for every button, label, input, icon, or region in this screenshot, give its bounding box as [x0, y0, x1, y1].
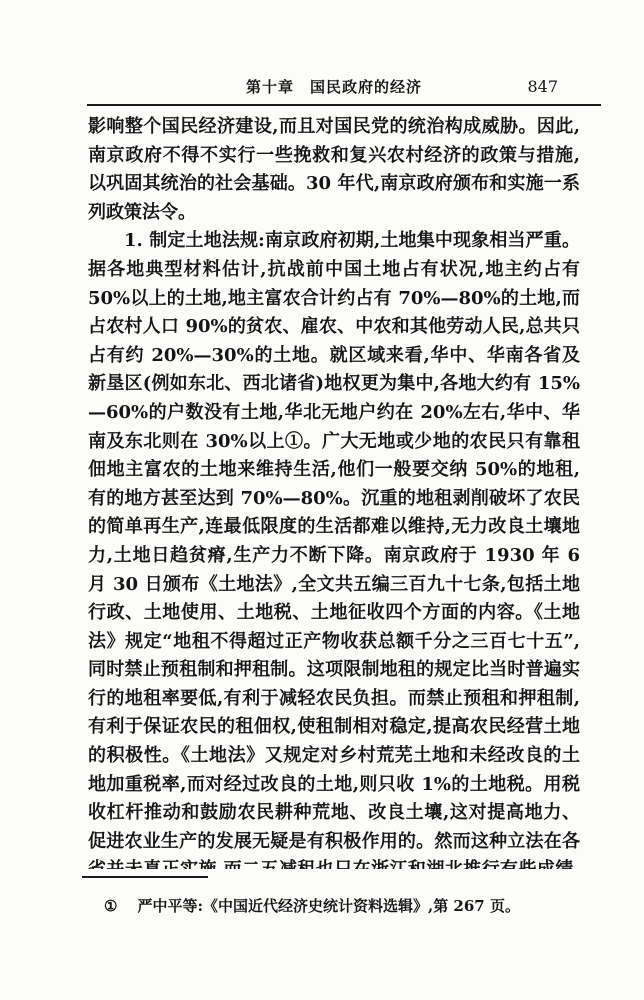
- book-page: 第十章 国民政府的经济 847 影响整个国民经济建设,而且对国民党的统治构成威胁…: [0, 0, 644, 1000]
- footnote-rule: [82, 876, 208, 878]
- footnote-text: 严中平等:《中国近代经济史统计资料选辑》,第 267 页。: [137, 895, 520, 917]
- footnote: ① 严中平等:《中国近代经济史统计资料选辑》,第 267 页。: [82, 895, 580, 917]
- body-text: 影响整个国民经济建设,而且对国民党的统治构成威胁。因此,南京政府不得不实行一些挽…: [88, 113, 580, 869]
- paragraph-1: 影响整个国民经济建设,而且对国民党的统治构成威胁。因此,南京政府不得不实行一些挽…: [88, 113, 580, 227]
- chapter-title: 第十章 国民政府的经济: [246, 76, 422, 97]
- footnote-area: ① 严中平等:《中国近代经济史统计资料选辑》,第 267 页。: [82, 876, 580, 917]
- footnote-marker: ①: [104, 895, 117, 917]
- header-rule: [87, 104, 601, 106]
- page-number: 847: [527, 77, 558, 96]
- paragraph-2: 1. 制定土地法规:南京政府初期,土地集中现象相当严重。据各地典型材料估计,抗战…: [88, 227, 580, 869]
- page-header: 第十章 国民政府的经济 847: [88, 76, 580, 98]
